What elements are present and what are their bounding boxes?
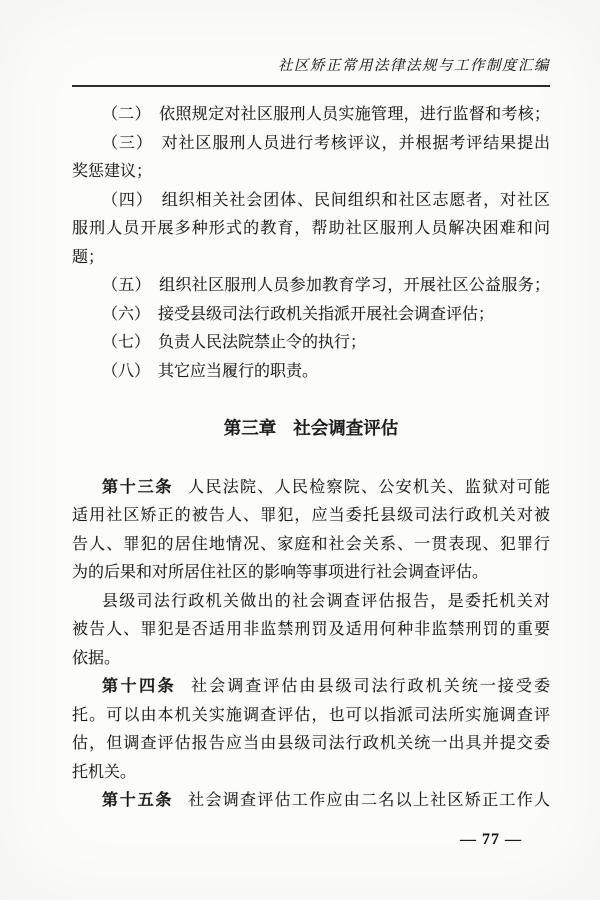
text-span: 社会调查评估由县级司法行政机关统一接受委 (191, 678, 550, 695)
chapter-heading: 第三章社会调查评估 (72, 414, 550, 443)
text-line: （三） 对社区服刑人员进行考核评议，并根据考评结果提出 (72, 130, 550, 159)
page-body: （二） 依照规定对社区服刑人员实施管理，进行监督和考核； （三） 对社区服刑人员… (72, 101, 550, 816)
text-line: （二） 依照规定对社区服刑人员实施管理，进行监督和考核； (72, 101, 550, 130)
text-span: 人民法院、人民检察院、公安机关、监狱对可能 (188, 479, 550, 496)
text-line: （四） 组织相关社会团体、民间组织和社区志愿者，对社区 (72, 187, 550, 216)
text-line: （五） 组织社区服刑人员参加教育学习，开展社区公益服务； (72, 272, 550, 301)
text-line: 第十五条社会调查评估工作应由二名以上社区矫正工作人 (72, 787, 550, 816)
page-number: — 77 — (72, 829, 550, 851)
text-line: 估，但调查评估报告应当由县级司法行政机关统一出具并提交委 (72, 730, 550, 759)
header-divider (72, 85, 550, 87)
list-item: （二） 依照规定对社区服刑人员实施管理，进行监督和考核； (72, 101, 550, 130)
text-line: 县级司法行政机关做出的社会调查评估报告，是委托机关对 (72, 588, 550, 617)
body-paragraph: 县级司法行政机关做出的社会调查评估报告，是委托机关对 被告人、罪犯是否适用非监禁… (72, 588, 550, 674)
running-header: 社区矫正常用法律法规与工作制度汇编 (72, 0, 550, 77)
book-title: 社区矫正常用法律法规与工作制度汇编 (278, 58, 550, 74)
list-item: （四） 组织相关社会团体、民间组织和社区志愿者，对社区 服刑人员开展多种形式的教… (72, 187, 550, 273)
text-line: 第十三条人民法院、人民检察院、公安机关、监狱对可能 (72, 474, 550, 503)
list-item: （五） 组织社区服刑人员参加教育学习，开展社区公益服务； (72, 272, 550, 301)
list-item: （八） 其它应当履行的职责。 (72, 358, 550, 387)
list-item: （六） 接受县级司法行政机关指派开展社会调查评估； (72, 301, 550, 330)
chapter-number: 第三章 (224, 418, 277, 438)
article-number: 第十三条 (102, 479, 173, 496)
article-number: 第十四条 (102, 678, 176, 695)
page-number-text: — 77 — (460, 831, 522, 848)
text-line: （六） 接受县级司法行政机关指派开展社会调查评估； (72, 301, 550, 330)
text-line: （七） 负责人民法院禁止令的执行； (72, 329, 550, 358)
text-line: 服刑人员开展多种形式的教育，帮助社区服刑人员解决困难和问 (72, 215, 550, 244)
text-line: 被告人、罪犯是否适用非监禁刑罚及适用何种非监禁刑罚的重要 (72, 616, 550, 645)
text-line: 题； (72, 244, 550, 273)
text-line: 为的后果和对所居住社区的影响等事项进行社会调查评估。 (72, 559, 550, 588)
text-line: 适用社区矫正的被告人、罪犯，应当委托县级司法行政机关对被 (72, 502, 550, 531)
text-line: 托机关。 (72, 759, 550, 788)
text-span: 社会调查评估工作应由二名以上社区矫正工作人 (188, 792, 550, 809)
list-item: （七） 负责人民法院禁止令的执行； (72, 329, 550, 358)
text-line: （八） 其它应当履行的职责。 (72, 358, 550, 387)
text-line: 第十四条社会调查评估由县级司法行政机关统一接受委 (72, 673, 550, 702)
text-line: 告人、罪犯的居住地情况、家庭和社会关系、一贯表现、犯罪行 (72, 531, 550, 560)
list-item: （三） 对社区服刑人员进行考核评议，并根据考评结果提出 奖惩建议； (72, 130, 550, 187)
article-paragraph: 第十五条社会调查评估工作应由二名以上社区矫正工作人 (72, 787, 550, 816)
text-line: 依据。 (72, 645, 550, 674)
article-paragraph: 第十三条人民法院、人民检察院、公安机关、监狱对可能 适用社区矫正的被告人、罪犯，… (72, 474, 550, 588)
text-line: 托。可以由本机关实施调查评估，也可以指派司法所实施调查评 (72, 702, 550, 731)
article-number: 第十五条 (102, 792, 173, 809)
document-page: 社区矫正常用法律法规与工作制度汇编 （二） 依照规定对社区服刑人员实施管理，进行… (0, 0, 600, 900)
chapter-title: 社会调查评估 (293, 418, 398, 438)
article-paragraph: 第十四条社会调查评估由县级司法行政机关统一接受委 托。可以由本机关实施调查评估，… (72, 673, 550, 787)
text-line: 奖惩建议； (72, 158, 550, 187)
